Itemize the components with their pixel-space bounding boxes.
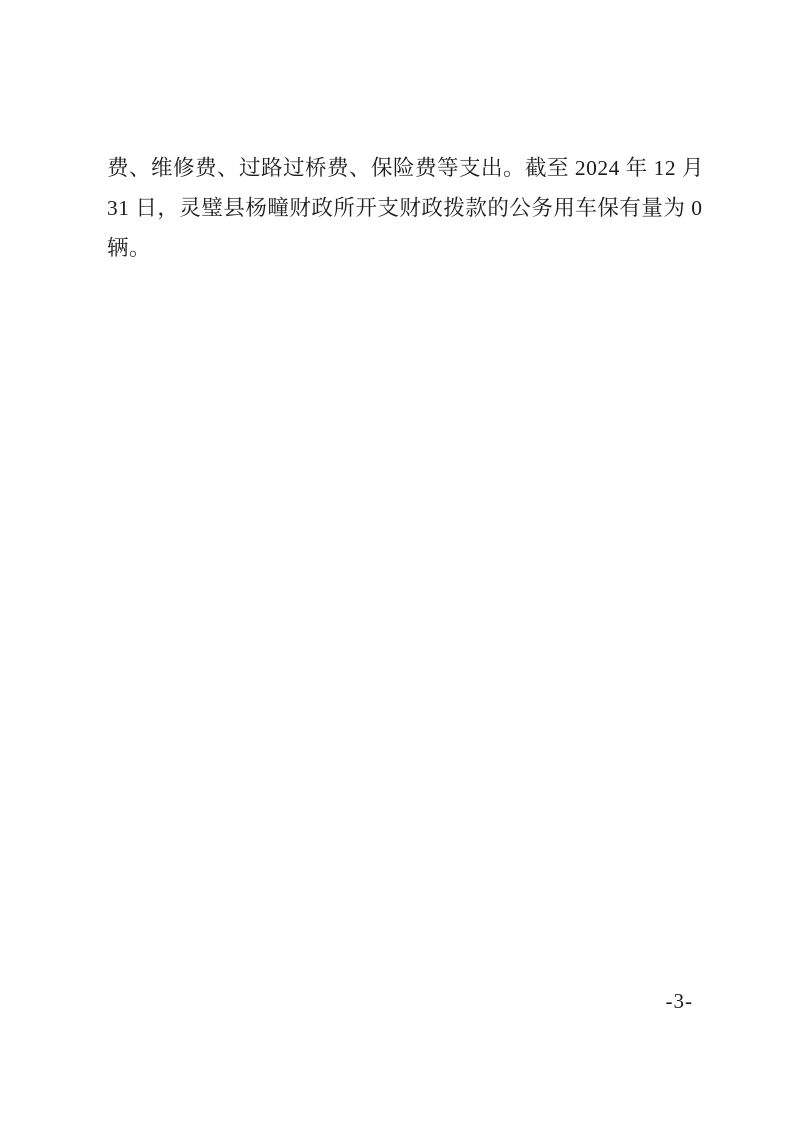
paragraph-line: 31 日，灵璧县杨疃财政所开支财政拨款的公务用车保有量为 0: [107, 188, 703, 228]
body-paragraph: 费、维修费、过路过桥费、保险费等支出。截至 2024 年 12 月 31 日，灵…: [107, 148, 703, 268]
document-page: 费、维修费、过路过桥费、保险费等支出。截至 2024 年 12 月 31 日，灵…: [0, 0, 793, 1122]
page-number: -3-: [666, 989, 694, 1013]
paragraph-line: 费、维修费、过路过桥费、保险费等支出。截至 2024 年 12 月: [107, 148, 703, 188]
paragraph-line: 辆。: [107, 228, 703, 268]
